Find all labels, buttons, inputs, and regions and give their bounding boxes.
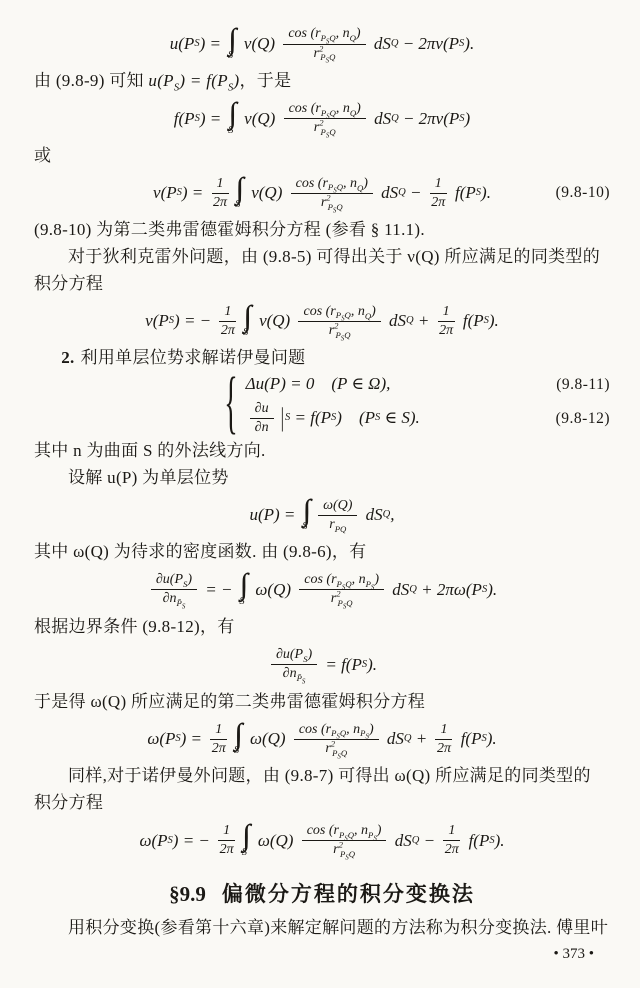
text-line: 根据边界条件 (9.8-12)，有 [34,615,610,640]
equation-system-neumann: { Δu(P) = 0 (P ∈ Ω), ∂u∂n|S = f(PS) (PS … [34,374,610,436]
formula-neumann-bc: ∂u∂n|S = f(PS) (PS ∈ S). [246,401,420,436]
formula-single-layer-potential: u(P) = ∫∫S ω(Q)rPQ dSQ, [34,492,610,538]
section-title: 偏微分方程的积分变换法 [222,882,475,906]
formula-normal-derivative: ∂u(PS)∂nP̄S = − ∫∫S ω(Q) cos (rPSQ, nPS)… [34,567,610,613]
text-line: 用积分变换(参看第十六章)来解定解问题的方法称为积分变换法. 傅里叶 [34,916,610,941]
text-line: (9.8-10) 为第二类弗雷德霍姆积分方程 (参看 § 11.1). [34,218,610,243]
system-rows: Δu(P) = 0 (P ∈ Ω), ∂u∂n|S = f(PS) (PS ∈ … [246,374,420,436]
text-line: 设解 u(P) 为单层位势 [34,466,610,491]
formula-f-ps: f(PS) = ∫∫S ν(Q) cos (rPSQ, nQ)r2PSQ dSQ… [34,96,610,142]
formula-neumann-exterior: ω(PS) = − 12π ∫∫S ω(Q) cos (rPSQ, nPS)r2… [34,818,610,864]
text-segment: 利用单层位势求解诺伊曼问题 [81,348,306,367]
equation-label: (9.8-12) [556,410,610,428]
brace-left: { [224,365,237,445]
text-line: 由 (9.8-9) 可知 u(PS) = f(PS)，于是 [34,69,610,94]
text-line: 积分方程 [34,272,610,297]
text-line: 其中 ω(Q) 为待求的密度函数. 由 (9.8-6)，有 [34,540,610,565]
formula-fredholm-omega: ω(PS) = 12π ∫∫S ω(Q) cos (rPSQ, nPS)r2PS… [34,716,610,762]
section-heading: §9.9偏微分方程的积分变换法 [34,878,610,908]
section-number: §9.9 [169,882,206,906]
formula-eq-9-8-10: ν(PS) = 12π ∫∫S ν(Q) cos (rPSQ, nQ)r2PSQ… [34,170,610,216]
equation-label: (9.8-11) [556,376,610,394]
formula-dirichlet-exterior: ν(PS) = − 12π ∫∫S ν(Q) cos (rPSQ, nQ)r2P… [34,298,610,344]
text-segment: ，于是 [239,71,291,90]
textbook-page: u(PS) = ∫∫S ν(Q) cos (rPSQ, nQ)r2PSQ dSQ… [0,0,640,988]
text-line: 对于狄利克雷外问题，由 (9.8-5) 可得出关于 ν(Q) 所应满足的同类型的 [34,245,610,270]
formula-u-single-layer-boundary: u(PS) = ∫∫S ν(Q) cos (rPSQ, nQ)r2PSQ dSQ… [34,21,610,67]
text-line: 其中 n 为曲面 S 的外法线方向. [34,439,610,464]
list-item-2: 2.利用单层位势求解诺伊曼问题 [61,346,610,371]
text-line: 于是得 ω(Q) 所应满足的第二类弗雷德霍姆积分方程 [34,690,610,715]
text-segment: 由 (9.8-9) 可知 [34,71,148,90]
inline-math-u-equals-f: u(PS) = f(PS) [148,71,239,90]
text-line: 积分方程 [34,791,610,816]
list-number: 2. [61,348,74,367]
text-line: 或 [34,144,610,169]
page-number: • 373 • [34,946,610,963]
equation-label: (9.8-10) [556,184,610,202]
formula-boundary-condition: ∂u(PS)∂nP̄S = f(PS). [34,642,610,688]
text-line: 同样,对于诺伊曼外问题，由 (9.8-7) 可得出 ω(Q) 所应满足的同类型的 [34,764,610,789]
formula-laplace: Δu(P) = 0 (P ∈ Ω), [246,374,391,394]
